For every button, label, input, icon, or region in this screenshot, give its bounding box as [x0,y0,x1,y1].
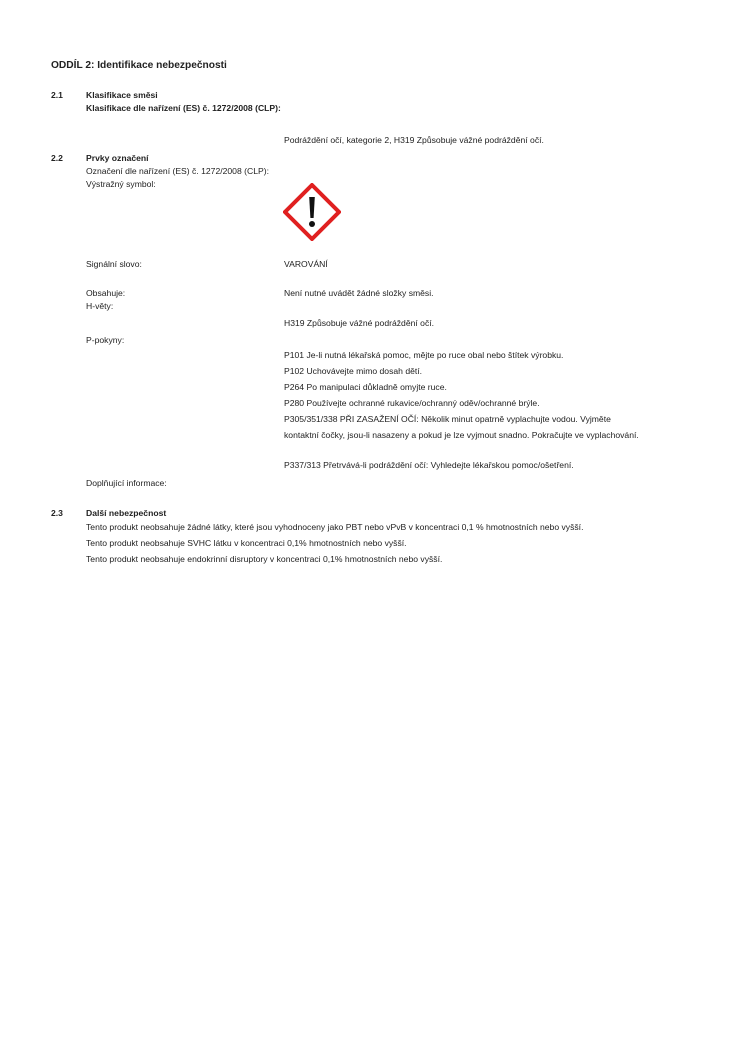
p-statement: P337/313 Přetrvává-li podráždění očí: Vy… [284,460,574,471]
p-statement: P264 Po manipulaci důkladně omyjte ruce. [284,382,447,393]
section-title: ODDÍL 2: Identifikace nebezpečnosti [51,60,227,71]
label-hazard-symbol: Výstražný symbol: [86,179,156,190]
section-number-2-2: 2.2 [51,153,63,164]
signal-word: VAROVÁNÍ [284,259,328,270]
label-contains: Obsahuje: [86,288,125,299]
heading-classification: Klasifikace směsi [86,90,158,101]
contains-text: Není nutné uvádět žádné složky směsi. [284,288,434,299]
other-hazard-line: Tento produkt neobsahuje žádné látky, kt… [86,522,583,533]
label-additional-info: Doplňující informace: [86,478,167,489]
classification-text: Podráždění očí, kategorie 2, H319 Způsob… [284,135,544,146]
subheading-clp: Klasifikace dle nařízení (ES) č. 1272/20… [86,103,281,114]
p-statement: P102 Uchovávejte mimo dosah dětí. [284,366,422,377]
h-statement: H319 Způsobuje vážné podráždění očí. [284,318,434,329]
other-hazard-line: Tento produkt neobsahuje endokrinní disr… [86,554,442,565]
section-number-2-3: 2.3 [51,508,63,519]
label-h-statements: H-věty: [86,301,113,312]
heading-label-elements: Prvky označení [86,153,149,164]
p-statement: P101 Je-li nutná lékařská pomoc, mějte p… [284,350,563,361]
label-signal-word: Signální slovo: [86,259,142,270]
label-regulation: Označení dle nařízení (ES) č. 1272/2008 … [86,166,269,177]
exclamation-mark-icon [283,183,341,241]
p-statement-continuation: kontaktní čočky, jsou-li nasazeny a poku… [284,430,639,441]
p-statement: P305/351/338 PŘI ZASAŽENÍ OČÍ: Několik m… [284,414,611,425]
label-p-statements: P-pokyny: [86,335,124,346]
other-hazard-line: Tento produkt neobsahuje SVHC látku v ko… [86,538,407,549]
p-statement: P280 Používejte ochranné rukavice/ochran… [284,398,540,409]
section-number-2-1: 2.1 [51,90,63,101]
heading-other-hazards: Další nebezpečnost [86,508,166,519]
